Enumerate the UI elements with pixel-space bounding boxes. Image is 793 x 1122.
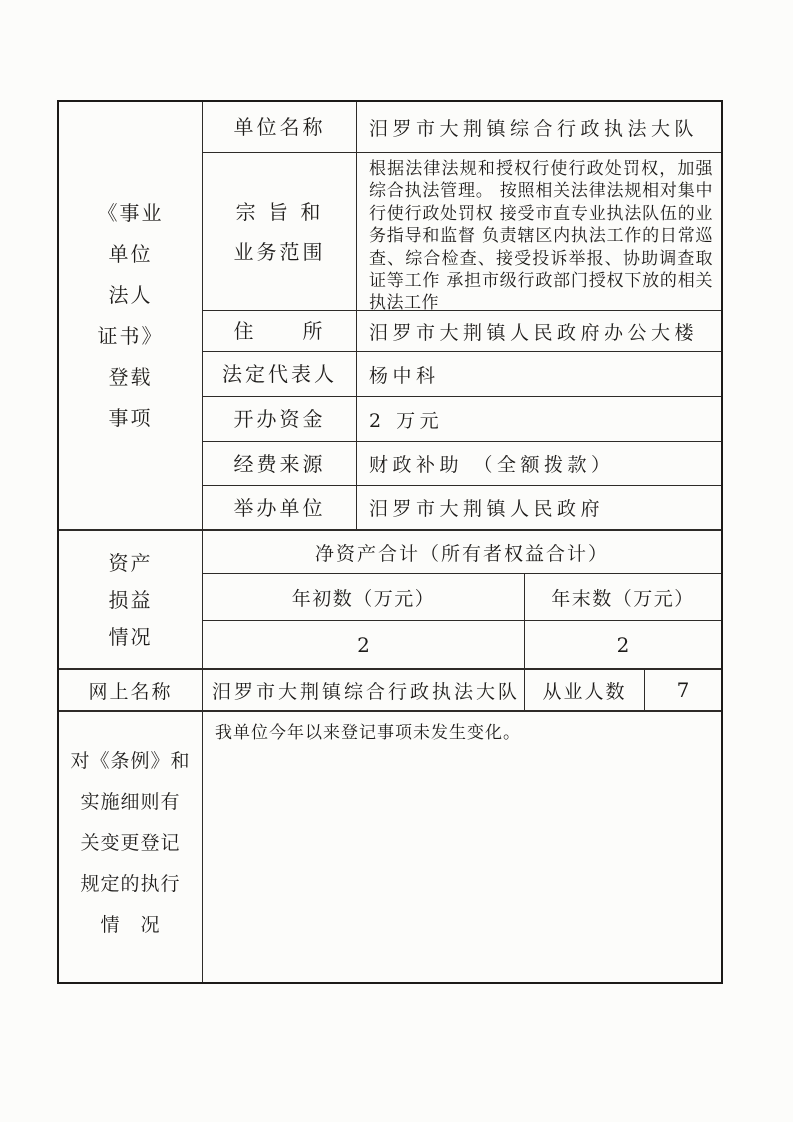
side-label-line: 损益 [109, 589, 153, 611]
certificate-side-label: 《事业 单位 法人 证书》 登载 事项 [59, 102, 203, 529]
online-name-label: 网上名称 [59, 670, 203, 710]
year-end-header: 年末数（万元） [525, 574, 721, 620]
side-label-line: 实施细则有 [80, 791, 180, 813]
certificate-items-section: 《事业 单位 法人 证书》 登载 事项 单位名称 汨罗市大荆镇综合行政执法大队 … [59, 102, 721, 529]
sponsor-unit-label: 举办单位 [203, 486, 357, 529]
address-value: 汨罗市大荆镇人民政府办公大楼 [357, 311, 721, 351]
year-start-header: 年初数（万元） [203, 574, 525, 620]
side-label-line: 关变更登记 [80, 832, 180, 854]
compliance-side-label: 对《条例》和 实施细则有 关变更登记 规定的执行 情 况 [59, 712, 203, 982]
online-name-section: 网上名称 汨罗市大荆镇综合行政执法大队 从业人数 7 [59, 668, 721, 710]
opening-fund-label: 开办资金 [203, 397, 357, 441]
side-label-line: 资产 [109, 552, 153, 574]
purpose-scope-label-line1: 宗 旨 和 [236, 199, 324, 225]
side-label-line: 《事业 [98, 202, 164, 224]
online-name-value: 汨罗市大荆镇综合行政执法大队 [203, 670, 525, 710]
compliance-section: 对《条例》和 实施细则有 关变更登记 规定的执行 情 况 我单位今年以来登记事项… [59, 710, 721, 982]
certificate-rows: 单位名称 汨罗市大荆镇综合行政执法大队 宗 旨 和 业务范围 根据法律法规和授权… [203, 102, 721, 529]
table-row-sponsor-unit: 举办单位 汨罗市大荆镇人民政府 [203, 485, 721, 529]
legal-representative-value: 杨中科 [357, 352, 721, 396]
purpose-scope-value: 根据法律法规和授权行使行政处罚权，加强综合执法管理。 按照相关法律法规相对集中行… [357, 153, 721, 310]
side-label-line: 情 况 [100, 914, 160, 936]
opening-fund-value: 2 万元 [357, 397, 721, 441]
assets-section: 资产 损益 情况 净资产合计（所有者权益合计） 年初数（万元） 年末数（万元） … [59, 529, 721, 668]
address-label: 住 所 [203, 311, 357, 351]
table-row-opening-fund: 开办资金 2 万元 [203, 396, 721, 441]
assets-side-label: 资产 损益 情况 [59, 531, 203, 668]
table-row-funding-source: 经费来源 财政补助 （全额拨款） [203, 441, 721, 485]
side-label-line: 事项 [109, 407, 153, 429]
side-label-line: 证书》 [98, 325, 164, 347]
assets-subheader-row: 年初数（万元） 年末数（万元） [203, 573, 721, 620]
side-label-line: 情况 [109, 626, 153, 648]
registration-form-table: 《事业 单位 法人 证书》 登载 事项 单位名称 汨罗市大荆镇综合行政执法大队 … [57, 100, 723, 984]
net-assets-header: 净资产合计（所有者权益合计） [203, 531, 721, 573]
assets-rows: 净资产合计（所有者权益合计） 年初数（万元） 年末数（万元） 2 2 [203, 531, 721, 668]
sponsor-unit-value: 汨罗市大荆镇人民政府 [357, 486, 721, 529]
side-label-line: 对《条例》和 [70, 750, 190, 772]
side-label-line: 单位 [109, 243, 153, 265]
table-row-legal-representative: 法定代表人 杨中科 [203, 351, 721, 396]
legal-representative-label: 法定代表人 [203, 352, 357, 396]
unit-name-label: 单位名称 [203, 102, 357, 152]
compliance-note: 我单位今年以来登记事项未发生变化。 [203, 712, 721, 982]
purpose-scope-label: 宗 旨 和 业务范围 [203, 153, 357, 310]
funding-source-label: 经费来源 [203, 442, 357, 485]
table-row-unit-name: 单位名称 汨罗市大荆镇综合行政执法大队 [203, 102, 721, 152]
side-label-line: 法人 [109, 284, 153, 306]
unit-name-value: 汨罗市大荆镇综合行政执法大队 [357, 102, 721, 152]
side-label-line: 登载 [109, 366, 153, 388]
funding-source-value: 财政补助 （全额拨款） [357, 442, 721, 485]
table-row-address: 住 所 汨罗市大荆镇人民政府办公大楼 [203, 310, 721, 351]
assets-values-row: 2 2 [203, 620, 721, 668]
table-row-purpose-scope: 宗 旨 和 业务范围 根据法律法规和授权行使行政处罚权，加强综合执法管理。 按照… [203, 152, 721, 310]
year-start-value: 2 [203, 621, 525, 668]
year-end-value: 2 [525, 621, 721, 668]
side-label-line: 规定的执行 [80, 873, 180, 895]
staff-count-value: 7 [645, 670, 721, 710]
purpose-scope-label-line2: 业务范围 [234, 239, 326, 265]
staff-count-label: 从业人数 [525, 670, 645, 710]
